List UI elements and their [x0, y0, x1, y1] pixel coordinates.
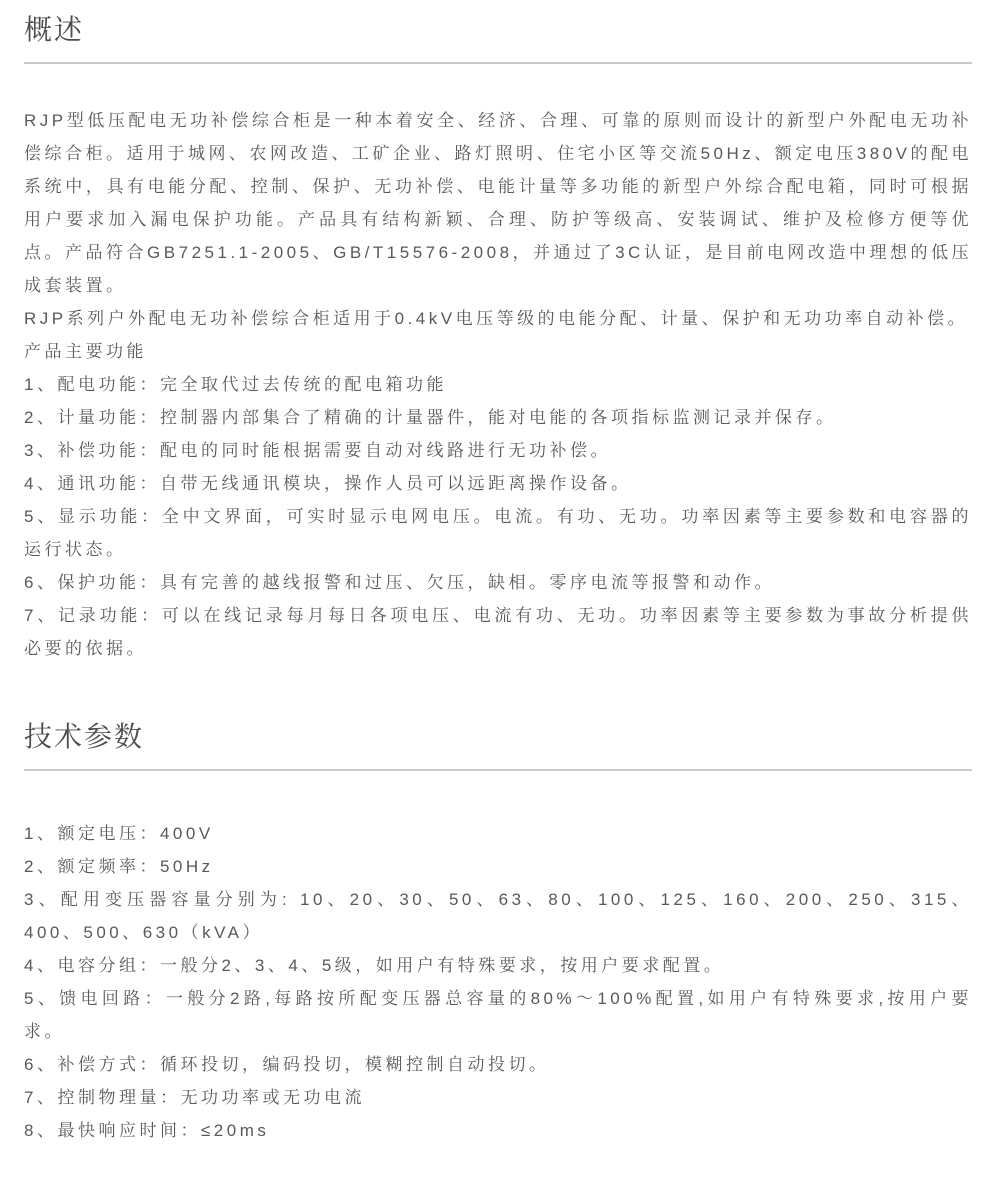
tech-param-item-5: 5、馈电回路：一般分2路,每路按所配变压器总容量的80%～100%配置,如用户有… — [24, 982, 972, 1048]
tech-param-item-6: 6、补偿方式：循环投切，编码投切，模糊控制自动投切。 — [24, 1048, 972, 1081]
overview-intro-paragraph: RJP型低压配电无功补偿综合柜是一种本着安全、经济、合理、可靠的原则而设计的新型… — [24, 104, 972, 302]
tech-param-item-4: 4、电容分组：一般分2、3、4、5级，如用户有特殊要求，按用户要求配置。 — [24, 949, 972, 982]
overview-function-item-5: 5、显示功能：全中文界面，可实时显示电网电压。电流。有功、无功。功率因素等主要参… — [24, 500, 972, 566]
document-page: 概述 RJP型低压配电无功补偿综合柜是一种本着安全、经济、合理、可靠的原则而设计… — [0, 0, 1000, 1179]
overview-section-divider — [24, 62, 972, 64]
tech-param-item-3: 3、配用变压器容量分别为: 10、20、30、50、63、80、100、125、… — [24, 883, 972, 949]
tech-param-item-1: 1、额定电压：400V — [24, 817, 972, 850]
overview-function-item-7: 7、记录功能：可以在线记录每月每日各项电压、电流有功、无功。功率因素等主要参数为… — [24, 599, 972, 665]
tech-params-section-title: 技术参数 — [24, 719, 972, 755]
overview-function-item-1: 1、配电功能：完全取代过去传统的配电箱功能 — [24, 368, 972, 401]
overview-section-body: RJP型低压配电无功补偿综合柜是一种本着安全、经济、合理、可靠的原则而设计的新型… — [24, 104, 972, 665]
overview-function-item-2: 2、计量功能：控制器内部集合了精确的计量器件，能对电能的各项指标监测记录并保存。 — [24, 401, 972, 434]
overview-function-item-3: 3、补偿功能：配电的同时能根据需要自动对线路进行无功补偿。 — [24, 434, 972, 467]
overview-function-item-4: 4、通讯功能：自带无线通讯模块，操作人员可以远距离操作设备。 — [24, 467, 972, 500]
tech-params-section: 技术参数 1、额定电压：400V 2、额定频率：50Hz 3、配用变压器容量分别… — [24, 719, 972, 1147]
tech-params-section-body: 1、额定电压：400V 2、额定频率：50Hz 3、配用变压器容量分别为: 10… — [24, 817, 972, 1147]
overview-functions-heading: 产品主要功能 — [24, 335, 972, 368]
overview-function-item-6: 6、保护功能：具有完善的越线报警和过压、欠压，缺相。零序电流等报警和动作。 — [24, 566, 972, 599]
tech-param-item-2: 2、额定频率：50Hz — [24, 850, 972, 883]
tech-param-item-7: 7、控制物理量：无功功率或无功电流 — [24, 1081, 972, 1114]
tech-params-section-divider — [24, 769, 972, 771]
overview-section: 概述 RJP型低压配电无功补偿综合柜是一种本着安全、经济、合理、可靠的原则而设计… — [24, 12, 972, 665]
overview-section-title: 概述 — [24, 12, 972, 48]
tech-param-item-8: 8、最快响应时间：≤20ms — [24, 1114, 972, 1147]
overview-series-paragraph: RJP系列户外配电无功补偿综合柜适用于0.4kV电压等级的电能分配、计量、保护和… — [24, 302, 972, 335]
